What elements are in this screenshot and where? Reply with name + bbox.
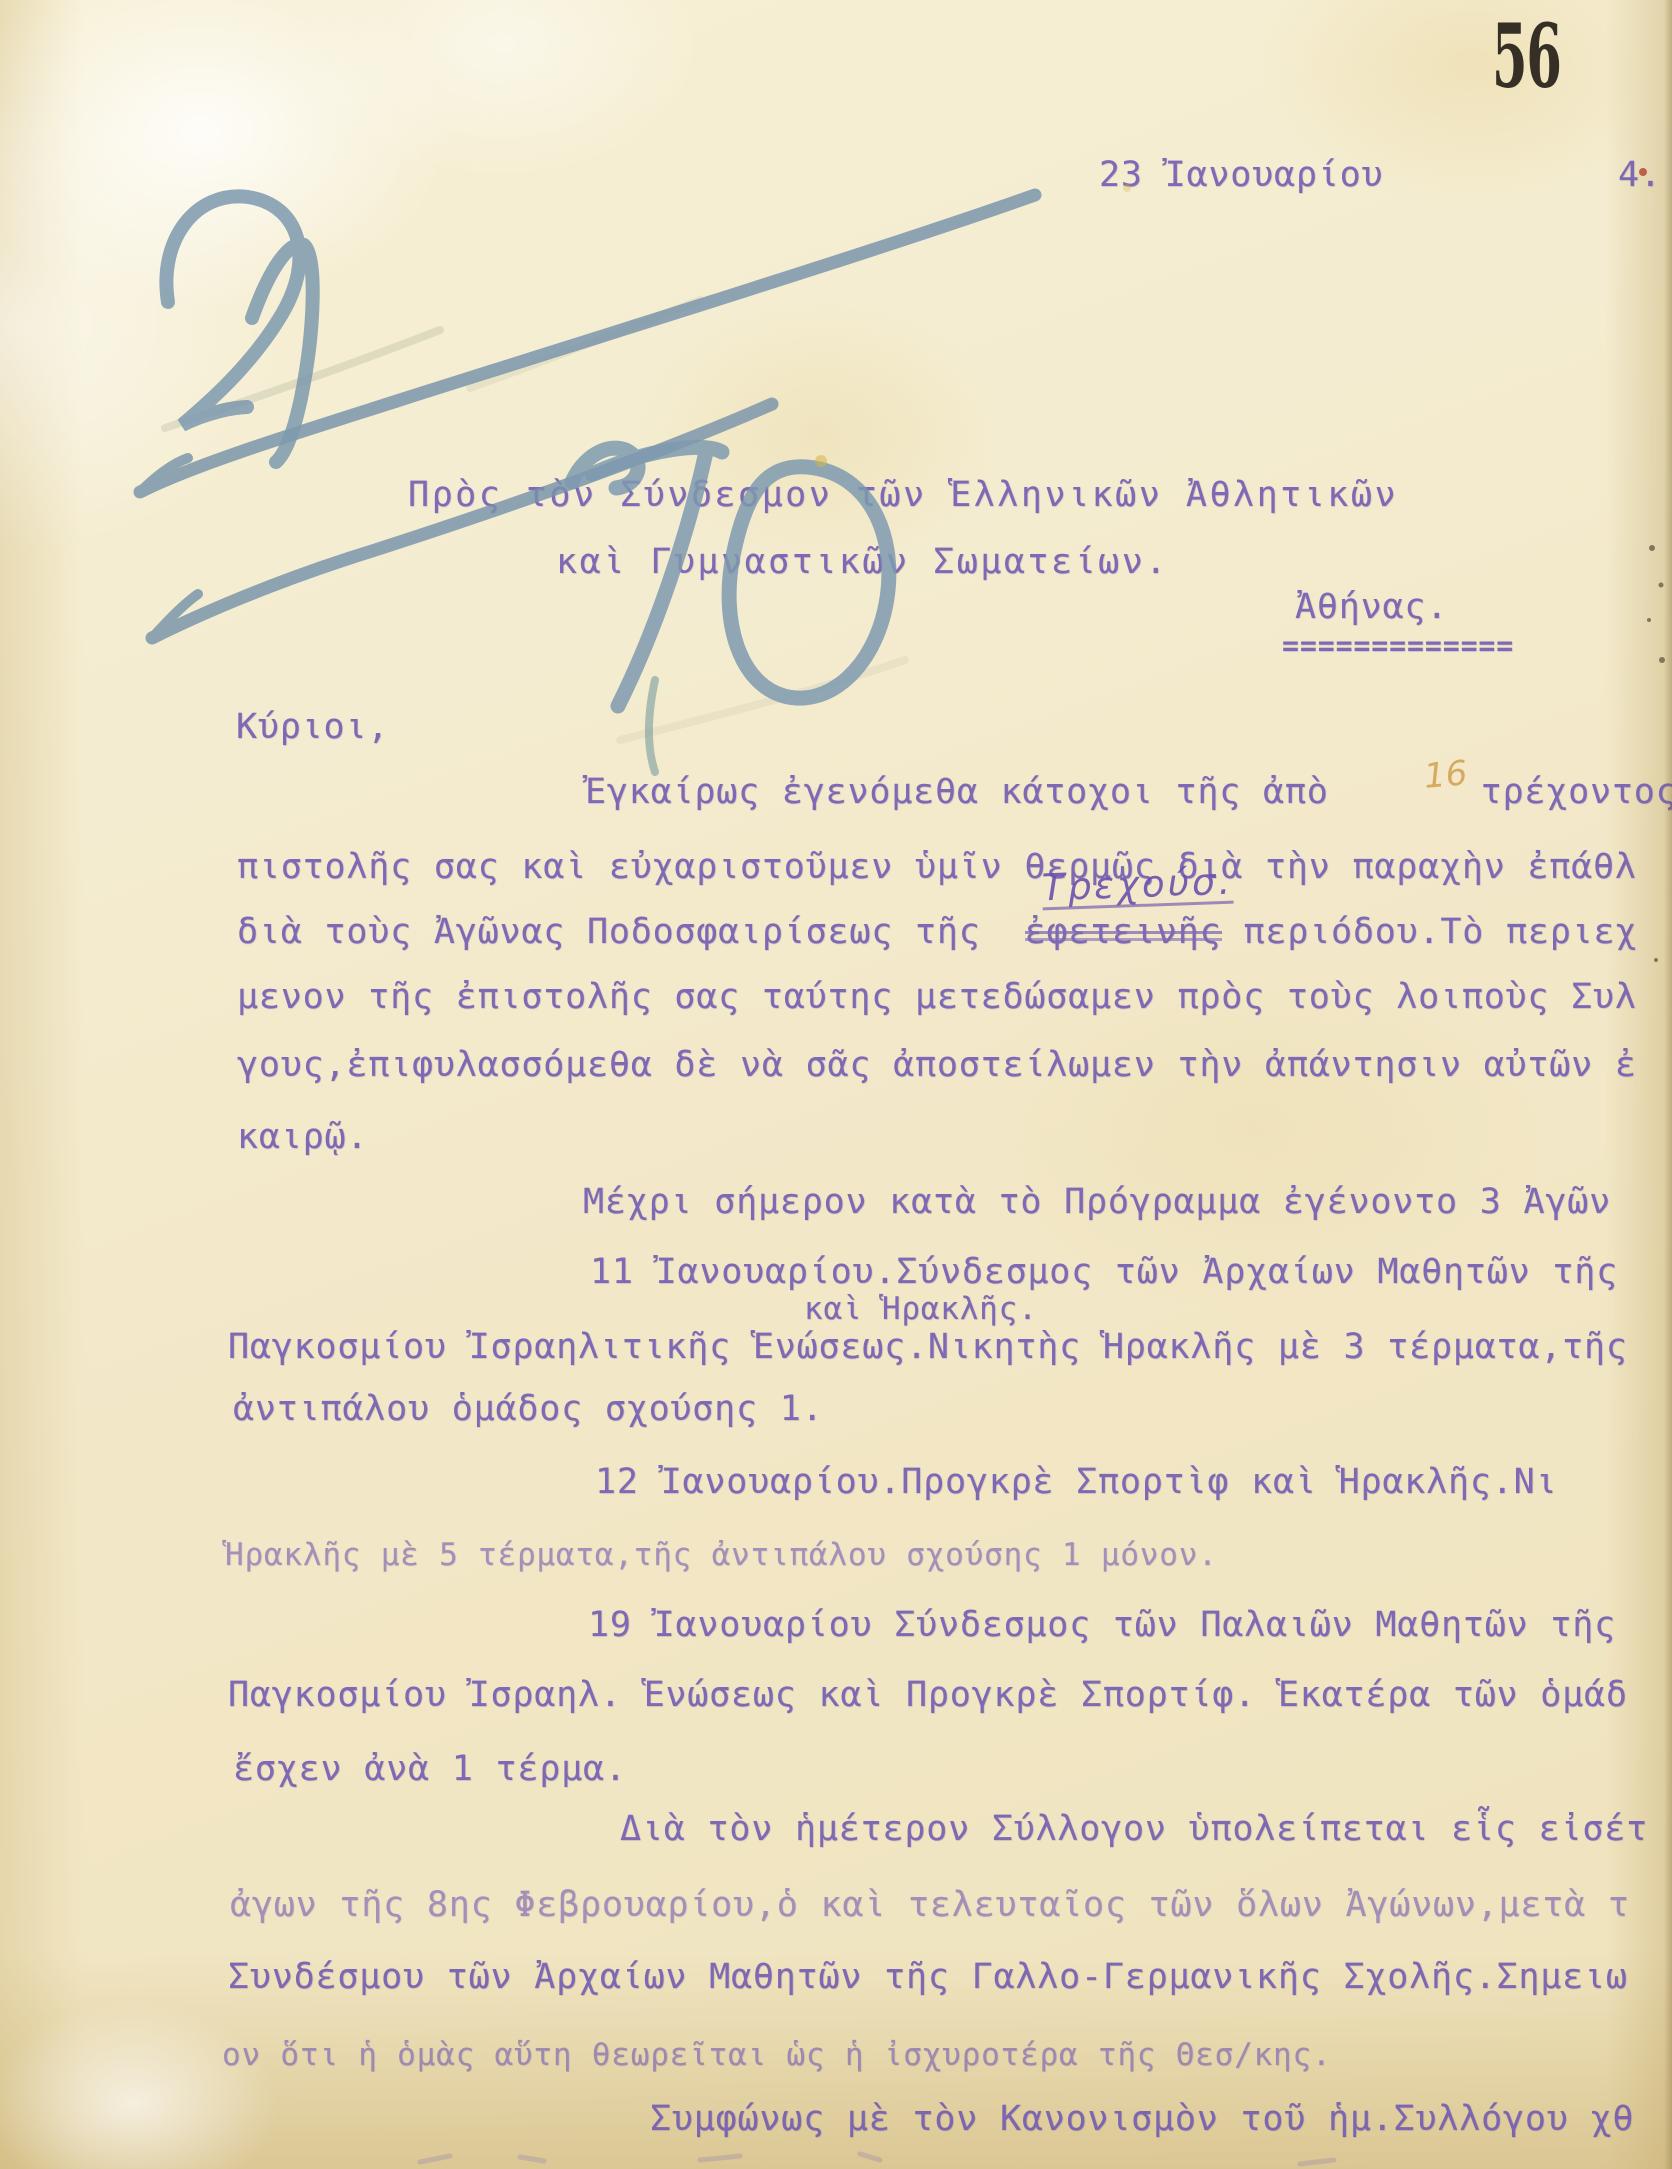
- body-line-7: Μέχρι σήμερον κατὰ τὸ Πρόγραμμα ἐγένοντο…: [583, 1185, 1611, 1220]
- body-line-20: Συμφώνως μὲ τὸν Κανονισμὸν τοῦ ἡμ.Συλλόγ…: [650, 2102, 1634, 2137]
- body-line-1-pre: Ἐγκαίρως ἐγενόμεθα κάτοχοι τῆς ἀπὸ: [585, 772, 1329, 812]
- scan-edge-shadow: [1664, 0, 1672, 2169]
- faint-pencil-strokes: [165, 300, 905, 740]
- body-line-3-post: περιόδου.Τὸ περιεχ: [1244, 912, 1638, 952]
- page-number-stamp: 56: [1492, 4, 1561, 108]
- body-line-1: Ἐγκαίρως ἐγενόμεθα κάτοχοι τῆς ἀπὸτρέχον…: [585, 775, 1672, 810]
- body-line-15: ἔσχεν ἀνὰ 1 τέρμα.: [233, 1752, 627, 1787]
- handwritten-21: [166, 196, 312, 462]
- body-line-3-pre: διὰ τοὺς Ἀγῶνας Ποδοσφαιρίσεως τῆς: [237, 912, 981, 952]
- paper-stain: [815, 184, 1131, 467]
- scan-edge-specks: [1647, 545, 1665, 962]
- body-line-4: μενον τῆς ἐπιστολῆς σας ταύτης μετεδώσαμ…: [237, 980, 1637, 1015]
- body-line-6: καιρῷ.: [237, 1120, 368, 1155]
- recipient-line-2: καὶ Γυμναστικῶν Σωματείων.: [556, 545, 1169, 580]
- inserted-day-number: 16: [1423, 756, 1469, 794]
- pencil-slash-upper: [140, 195, 1035, 492]
- body-line-8: 11 Ἰανουαρίου.Σύνδεσμος τῶν Ἀρχαίων Μαθη…: [590, 1255, 1618, 1290]
- pencil-tick: [649, 680, 655, 772]
- body-line-11: 12 Ἰανουαρίου.Προγκρὲ Σπορτὶφ καὶ Ἡρακλῆ…: [595, 1465, 1557, 1500]
- handwritten-correction: Τρεχούσ.: [1041, 863, 1234, 911]
- body-line-17: ἀγων τῆς 8ης Φεβρουαρίου,ὁ καὶ τελευταῖο…: [230, 1888, 1630, 1923]
- interline-insertion: καὶ Ἡρακλῆς.: [804, 1294, 1038, 1325]
- strikethrough-word: ἐφετεινῆς: [1025, 912, 1222, 952]
- body-line-3: διὰ τοὺς Ἀγῶνας Ποδοσφαιρίσεως τῆςἐφετει…: [237, 915, 1637, 950]
- body-line-12: Ἡρακλῆς μὲ 5 τέρματα,τῆς ἀντιπάλου σχούσ…: [225, 1540, 1218, 1571]
- date: 23 Ἰανουαρίου: [1099, 158, 1383, 193]
- date-number: 4.: [1618, 158, 1662, 193]
- body-line-10: ἀντιπάλου ὁμάδος σχούσης 1.: [233, 1392, 824, 1427]
- recipient-underline: =============: [1282, 632, 1514, 660]
- body-line-19: ον ὅτι ἡ ὁμὰς αὕτη θεωρεῖται ὡς ἡ ἰσχυρο…: [222, 2040, 1331, 2071]
- body-line-14: Παγκοσμίου Ἰσραηλ. Ἑνώσεως καὶ Προγκρὲ Σ…: [228, 1678, 1628, 1713]
- recipient-line-1: Πρὸς τὸν Σύνδεσμον τῶν Ἑλληνικῶν Ἀθλητικ…: [408, 478, 1398, 513]
- scanned-letter-page: 56 23 Ἰανουαρίου 4. Πρὸς τὸν Σύνδεσμον τ…: [0, 0, 1672, 2169]
- body-line-9: Παγκοσμίου Ἰσραηλιτικῆς Ἑνώσεως.Νικητὴς …: [228, 1330, 1628, 1365]
- body-line-2: πιστολῆς σας καὶ εὐχαριστοῦμεν ὑμῖν θερμ…: [237, 850, 1637, 885]
- salutation: Κύριοι,: [236, 710, 389, 745]
- body-line-16: Διὰ τὸν ἡμέτερον Σύλλογον ὑπολείπεται εἷ…: [620, 1812, 1648, 1847]
- body-line-1-post: τρέχοντος ἐ: [1481, 772, 1672, 812]
- pencil-slash-lower: [152, 404, 772, 638]
- bottom-edge-marks: [420, 2154, 1334, 2164]
- body-line-18: Συνδέσμου τῶν Ἀρχαίων Μαθητῶν τῆς Γαλλο-…: [228, 1960, 1628, 1995]
- recipient-city: Ἀθήνας.: [1295, 590, 1448, 625]
- body-line-5: γους,ἐπιφυλασσόμεθα δὲ νὰ σᾶς ἀποστείλωμ…: [237, 1048, 1637, 1083]
- body-line-13: 19 Ἰανουαρίου Σύνδεσμος τῶν Παλαιῶν Μαθη…: [588, 1608, 1616, 1643]
